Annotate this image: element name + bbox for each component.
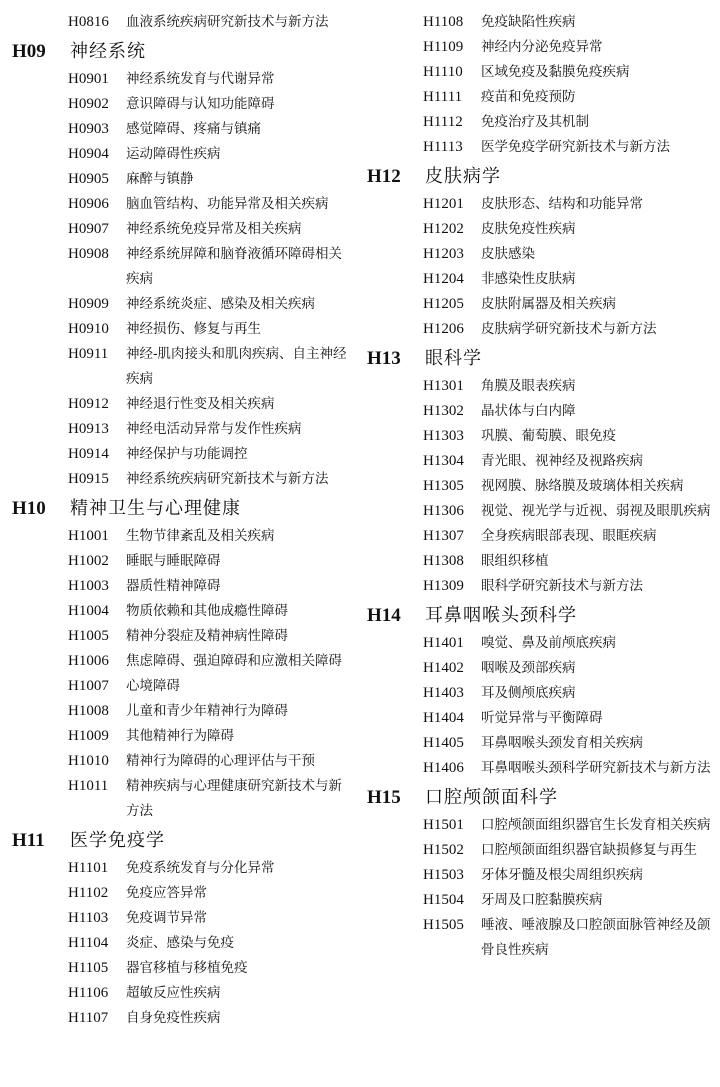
item-text: 皮肤形态、结构和功能异常 bbox=[481, 192, 713, 217]
item-text: 心境障碍 bbox=[126, 674, 354, 699]
item-text: 免疫系统发育与分化异常 bbox=[126, 856, 354, 881]
item-text: 耳鼻咽喉头颈发育相关疾病 bbox=[481, 731, 713, 756]
item-text: 角膜及眼表疾病 bbox=[481, 374, 713, 399]
list-item: H1113医学免疫学研究新技术与新方法 bbox=[356, 135, 720, 160]
item-code: H0907 bbox=[68, 217, 126, 242]
item-text: 器质性精神障碍 bbox=[126, 574, 354, 599]
list-item: H1203皮肤感染 bbox=[356, 242, 720, 267]
item-code: H0816 bbox=[68, 10, 126, 35]
item-code: H0901 bbox=[68, 67, 126, 92]
list-item: H1201皮肤形态、结构和功能异常 bbox=[356, 192, 720, 217]
item-code: H0910 bbox=[68, 317, 126, 342]
item-code: H1108 bbox=[423, 10, 481, 35]
item-code: H1305 bbox=[423, 474, 481, 499]
section-code: H10 bbox=[0, 498, 70, 520]
item-text: 麻醉与镇静 bbox=[126, 167, 354, 192]
list-item: H1112免疫治疗及其机制 bbox=[356, 110, 720, 135]
item-code: H1504 bbox=[423, 888, 481, 913]
list-item: H1307全身疾病眼部表现、眼眶疾病 bbox=[356, 524, 720, 549]
item-code: H1106 bbox=[68, 981, 126, 1006]
list-item: H1406耳鼻咽喉头颈科学研究新技术与新方法 bbox=[356, 756, 720, 781]
item-text: 非感染性皮肤病 bbox=[481, 267, 713, 292]
list-item: H1304青光眼、视神经及视路疾病 bbox=[356, 449, 720, 474]
list-item: H0906脑血管结构、功能异常及相关疾病 bbox=[0, 192, 360, 217]
item-text: 儿童和青少年精神行为障碍 bbox=[126, 699, 354, 724]
list-item: H1008儿童和青少年精神行为障碍 bbox=[0, 699, 360, 724]
list-item: H0912神经退行性变及相关疾病 bbox=[0, 392, 360, 417]
item-code: H0906 bbox=[68, 192, 126, 217]
item-code: H1503 bbox=[423, 863, 481, 888]
item-text: 皮肤免疫性疾病 bbox=[481, 217, 713, 242]
item-text: 耳及侧颅底疾病 bbox=[481, 681, 713, 706]
item-code: H0911 bbox=[68, 342, 126, 392]
item-code: H1405 bbox=[423, 731, 481, 756]
section-code: H15 bbox=[356, 787, 425, 809]
item-text: 眼科学研究新技术与新方法 bbox=[481, 574, 713, 599]
item-text: 脑血管结构、功能异常及相关疾病 bbox=[126, 192, 354, 217]
item-text: 神经-肌肉接头和肌肉疾病、自主神经疾病 bbox=[126, 342, 354, 392]
item-text: 口腔颅颌面组织器官缺损修复与再生 bbox=[481, 838, 713, 863]
list-item: H1103免疫调节异常 bbox=[0, 906, 360, 931]
item-code: H1406 bbox=[423, 756, 481, 781]
item-code: H0903 bbox=[68, 117, 126, 142]
item-text: 口腔颅颌面组织器官生长发育相关疾病 bbox=[481, 813, 713, 838]
list-item: H1402咽喉及颈部疾病 bbox=[356, 656, 720, 681]
item-text: 医学免疫学研究新技术与新方法 bbox=[481, 135, 713, 160]
list-item: H0903感觉障碍、疼痛与镇痛 bbox=[0, 117, 360, 142]
list-item: H1110区域免疫及黏膜免疫疾病 bbox=[356, 60, 720, 85]
list-item: H1308眼组织移植 bbox=[356, 549, 720, 574]
item-code: H1308 bbox=[423, 549, 481, 574]
item-code: H1006 bbox=[68, 649, 126, 674]
list-item: H1403耳及侧颅底疾病 bbox=[356, 681, 720, 706]
item-code: H1402 bbox=[423, 656, 481, 681]
item-code: H1105 bbox=[68, 956, 126, 981]
item-code: H1005 bbox=[68, 624, 126, 649]
item-code: H1101 bbox=[68, 856, 126, 881]
list-item: H1204非感染性皮肤病 bbox=[356, 267, 720, 292]
item-text: 其他精神行为障碍 bbox=[126, 724, 354, 749]
item-text: 视觉、视光学与近视、弱视及眼肌疾病 bbox=[481, 499, 713, 524]
list-item: H1309眼科学研究新技术与新方法 bbox=[356, 574, 720, 599]
item-text: 嗅觉、鼻及前颅底疾病 bbox=[481, 631, 713, 656]
item-text: 巩膜、葡萄膜、眼免疫 bbox=[481, 424, 713, 449]
item-code: H1001 bbox=[68, 524, 126, 549]
item-code: H1011 bbox=[68, 774, 126, 824]
section-title: 医学免疫学 bbox=[70, 826, 165, 852]
item-code: H0914 bbox=[68, 442, 126, 467]
list-item: H1109神经内分泌免疫异常 bbox=[356, 35, 720, 60]
list-item: H1404听觉异常与平衡障碍 bbox=[356, 706, 720, 731]
item-text: 物质依赖和其他成瘾性障碍 bbox=[126, 599, 354, 624]
item-text: 免疫治疗及其机制 bbox=[481, 110, 713, 135]
item-text: 血液系统疾病研究新技术与新方法 bbox=[126, 10, 354, 35]
item-text: 生物节律紊乱及相关疾病 bbox=[126, 524, 354, 549]
item-code: H1002 bbox=[68, 549, 126, 574]
item-code: H1111 bbox=[423, 85, 481, 110]
item-code: H1403 bbox=[423, 681, 481, 706]
section-title: 皮肤病学 bbox=[425, 162, 501, 188]
item-code: H1107 bbox=[68, 1006, 126, 1031]
section-title: 神经系统 bbox=[70, 37, 146, 63]
item-code: H1010 bbox=[68, 749, 126, 774]
item-text: 晶状体与白内障 bbox=[481, 399, 713, 424]
item-code: H1103 bbox=[68, 906, 126, 931]
item-code: H1104 bbox=[68, 931, 126, 956]
list-item: H0907神经系统免疫异常及相关疾病 bbox=[0, 217, 360, 242]
section-code: H14 bbox=[356, 605, 425, 627]
item-code: H1309 bbox=[423, 574, 481, 599]
item-text: 意识障碍与认知功能障碍 bbox=[126, 92, 354, 117]
item-text: 神经内分泌免疫异常 bbox=[481, 35, 713, 60]
list-item: H1101免疫系统发育与分化异常 bbox=[0, 856, 360, 881]
item-code: H1303 bbox=[423, 424, 481, 449]
list-item: H1001生物节律紊乱及相关疾病 bbox=[0, 524, 360, 549]
list-item: H1504牙周及口腔黏膜疾病 bbox=[356, 888, 720, 913]
item-text: 神经系统免疫异常及相关疾病 bbox=[126, 217, 354, 242]
item-code: H0909 bbox=[68, 292, 126, 317]
item-text: 牙体牙髓及根尖周组织疾病 bbox=[481, 863, 713, 888]
item-text: 精神行为障碍的心理评估与干预 bbox=[126, 749, 354, 774]
item-text: 焦虑障碍、强迫障碍和应激相关障碍 bbox=[126, 649, 354, 674]
list-item: H0905麻醉与镇静 bbox=[0, 167, 360, 192]
item-text: 神经损伤、修复与再生 bbox=[126, 317, 354, 342]
list-item: H1011精神疾病与心理健康研究新技术与新方法 bbox=[0, 774, 360, 824]
section-heading: H13眼科学 bbox=[356, 344, 720, 374]
item-code: H1110 bbox=[423, 60, 481, 85]
item-text: 皮肤病学研究新技术与新方法 bbox=[481, 317, 713, 342]
item-code: H1302 bbox=[423, 399, 481, 424]
list-item: H0913神经电活动异常与发作性疾病 bbox=[0, 417, 360, 442]
list-item: H1206皮肤病学研究新技术与新方法 bbox=[356, 317, 720, 342]
item-code: H0912 bbox=[68, 392, 126, 417]
list-item: H0908神经系统屏障和脑脊液循环障碍相关疾病 bbox=[0, 242, 360, 292]
list-item: H1106超敏反应性疾病 bbox=[0, 981, 360, 1006]
item-text: 免疫应答异常 bbox=[126, 881, 354, 906]
item-code: H1301 bbox=[423, 374, 481, 399]
item-code: H1003 bbox=[68, 574, 126, 599]
item-text: 神经保护与功能调控 bbox=[126, 442, 354, 467]
list-item: H1405耳鼻咽喉头颈发育相关疾病 bbox=[356, 731, 720, 756]
item-text: 疫苗和免疫预防 bbox=[481, 85, 713, 110]
section-heading: H12皮肤病学 bbox=[356, 162, 720, 192]
item-text: 神经系统屏障和脑脊液循环障碍相关疾病 bbox=[126, 242, 354, 292]
item-text: 精神分裂症及精神病性障碍 bbox=[126, 624, 354, 649]
item-code: H1401 bbox=[423, 631, 481, 656]
item-code: H1505 bbox=[423, 913, 481, 963]
section-code: H11 bbox=[0, 830, 70, 852]
item-code: H0908 bbox=[68, 242, 126, 292]
list-item: H1003器质性精神障碍 bbox=[0, 574, 360, 599]
item-text: 自身免疫性疾病 bbox=[126, 1006, 354, 1031]
list-item: H1006焦虑障碍、强迫障碍和应激相关障碍 bbox=[0, 649, 360, 674]
item-text: 牙周及口腔黏膜疾病 bbox=[481, 888, 713, 913]
item-code: H0904 bbox=[68, 142, 126, 167]
item-text: 神经退行性变及相关疾病 bbox=[126, 392, 354, 417]
item-text: 神经系统炎症、感染及相关疾病 bbox=[126, 292, 354, 317]
right-column: H1108免疫缺陷性疾病H1109神经内分泌免疫异常H1110区域免疫及黏膜免疫… bbox=[356, 10, 720, 963]
item-code: H1502 bbox=[423, 838, 481, 863]
item-code: H1007 bbox=[68, 674, 126, 699]
item-text: 感觉障碍、疼痛与镇痛 bbox=[126, 117, 354, 142]
item-code: H1205 bbox=[423, 292, 481, 317]
item-code: H1203 bbox=[423, 242, 481, 267]
list-item: H1205皮肤附属器及相关疾病 bbox=[356, 292, 720, 317]
item-text: 眼组织移植 bbox=[481, 549, 713, 574]
list-item: H1111疫苗和免疫预防 bbox=[356, 85, 720, 110]
item-text: 睡眠与睡眠障碍 bbox=[126, 549, 354, 574]
item-code: H1201 bbox=[423, 192, 481, 217]
item-text: 皮肤附属器及相关疾病 bbox=[481, 292, 713, 317]
item-code: H1004 bbox=[68, 599, 126, 624]
list-item: H1401嗅觉、鼻及前颅底疾病 bbox=[356, 631, 720, 656]
list-item: H1005精神分裂症及精神病性障碍 bbox=[0, 624, 360, 649]
list-item: H1105器官移植与移植免疫 bbox=[0, 956, 360, 981]
list-item: H0914神经保护与功能调控 bbox=[0, 442, 360, 467]
item-code: H1306 bbox=[423, 499, 481, 524]
item-code: H0913 bbox=[68, 417, 126, 442]
list-item: H0915神经系统疾病研究新技术与新方法 bbox=[0, 467, 360, 492]
section-heading: H10精神卫生与心理健康 bbox=[0, 494, 360, 524]
section-code: H12 bbox=[356, 166, 425, 188]
list-item: H0910神经损伤、修复与再生 bbox=[0, 317, 360, 342]
list-item: H0816血液系统疾病研究新技术与新方法 bbox=[0, 10, 360, 35]
list-item: H1108免疫缺陷性疾病 bbox=[356, 10, 720, 35]
section-heading: H09神经系统 bbox=[0, 37, 360, 67]
list-item: H0901神经系统发育与代谢异常 bbox=[0, 67, 360, 92]
list-item: H1505唾液、唾液腺及口腔颌面脉管神经及颌骨良性疾病 bbox=[356, 913, 720, 963]
list-item: H0902意识障碍与认知功能障碍 bbox=[0, 92, 360, 117]
item-text: 炎症、感染与免疫 bbox=[126, 931, 354, 956]
item-code: H1009 bbox=[68, 724, 126, 749]
section-title: 口腔颅颌面科学 bbox=[425, 783, 558, 809]
list-item: H1107自身免疫性疾病 bbox=[0, 1006, 360, 1031]
item-code: H1113 bbox=[423, 135, 481, 160]
item-text: 听觉异常与平衡障碍 bbox=[481, 706, 713, 731]
item-text: 耳鼻咽喉头颈科学研究新技术与新方法 bbox=[481, 756, 713, 781]
section-heading: H11医学免疫学 bbox=[0, 826, 360, 856]
item-text: 唾液、唾液腺及口腔颌面脉管神经及颌骨良性疾病 bbox=[481, 913, 713, 963]
section-heading: H15口腔颅颌面科学 bbox=[356, 783, 720, 813]
item-text: 神经系统发育与代谢异常 bbox=[126, 67, 354, 92]
item-code: H1304 bbox=[423, 449, 481, 474]
item-code: H1109 bbox=[423, 35, 481, 60]
section-code: H09 bbox=[0, 41, 70, 63]
item-text: 神经电活动异常与发作性疾病 bbox=[126, 417, 354, 442]
list-item: H0904运动障碍性疾病 bbox=[0, 142, 360, 167]
list-item: H1501口腔颅颌面组织器官生长发育相关疾病 bbox=[356, 813, 720, 838]
list-item: H1306视觉、视光学与近视、弱视及眼肌疾病 bbox=[356, 499, 720, 524]
item-code: H1112 bbox=[423, 110, 481, 135]
item-code: H1202 bbox=[423, 217, 481, 242]
item-text: 运动障碍性疾病 bbox=[126, 142, 354, 167]
list-item: H1102免疫应答异常 bbox=[0, 881, 360, 906]
item-code: H1501 bbox=[423, 813, 481, 838]
list-item: H1009其他精神行为障碍 bbox=[0, 724, 360, 749]
item-text: 皮肤感染 bbox=[481, 242, 713, 267]
list-item: H1502口腔颅颌面组织器官缺损修复与再生 bbox=[356, 838, 720, 863]
item-text: 青光眼、视神经及视路疾病 bbox=[481, 449, 713, 474]
list-item: H1303巩膜、葡萄膜、眼免疫 bbox=[356, 424, 720, 449]
section-title: 眼科学 bbox=[425, 344, 482, 370]
item-text: 神经系统疾病研究新技术与新方法 bbox=[126, 467, 354, 492]
list-item: H1302晶状体与白内障 bbox=[356, 399, 720, 424]
list-item: H1007心境障碍 bbox=[0, 674, 360, 699]
item-text: 免疫缺陷性疾病 bbox=[481, 10, 713, 35]
item-code: H1204 bbox=[423, 267, 481, 292]
section-title: 精神卫生与心理健康 bbox=[70, 494, 241, 520]
item-text: 视网膜、脉络膜及玻璃体相关疾病 bbox=[481, 474, 713, 499]
item-code: H1404 bbox=[423, 706, 481, 731]
list-item: H1002睡眠与睡眠障碍 bbox=[0, 549, 360, 574]
list-item: H1305视网膜、脉络膜及玻璃体相关疾病 bbox=[356, 474, 720, 499]
section-code: H13 bbox=[356, 348, 425, 370]
item-code: H1206 bbox=[423, 317, 481, 342]
item-code: H1008 bbox=[68, 699, 126, 724]
item-code: H1102 bbox=[68, 881, 126, 906]
list-item: H1010精神行为障碍的心理评估与干预 bbox=[0, 749, 360, 774]
item-text: 超敏反应性疾病 bbox=[126, 981, 354, 1006]
item-code: H0905 bbox=[68, 167, 126, 192]
list-item: H1004物质依赖和其他成瘾性障碍 bbox=[0, 599, 360, 624]
item-text: 免疫调节异常 bbox=[126, 906, 354, 931]
list-item: H0911神经-肌肉接头和肌肉疾病、自主神经疾病 bbox=[0, 342, 360, 392]
list-item: H1503牙体牙髓及根尖周组织疾病 bbox=[356, 863, 720, 888]
list-item: H0909神经系统炎症、感染及相关疾病 bbox=[0, 292, 360, 317]
section-heading: H14耳鼻咽喉头颈科学 bbox=[356, 601, 720, 631]
item-text: 咽喉及颈部疾病 bbox=[481, 656, 713, 681]
item-text: 器官移植与移植免疫 bbox=[126, 956, 354, 981]
item-text: 区域免疫及黏膜免疫疾病 bbox=[481, 60, 713, 85]
list-item: H1301角膜及眼表疾病 bbox=[356, 374, 720, 399]
item-code: H0915 bbox=[68, 467, 126, 492]
item-code: H1307 bbox=[423, 524, 481, 549]
item-text: 精神疾病与心理健康研究新技术与新方法 bbox=[126, 774, 354, 824]
item-code: H0902 bbox=[68, 92, 126, 117]
item-text: 全身疾病眼部表现、眼眶疾病 bbox=[481, 524, 713, 549]
section-title: 耳鼻咽喉头颈科学 bbox=[425, 601, 577, 627]
list-item: H1202皮肤免疫性疾病 bbox=[356, 217, 720, 242]
left-column: H0816血液系统疾病研究新技术与新方法H09神经系统H0901神经系统发育与代… bbox=[0, 10, 360, 1031]
list-item: H1104炎症、感染与免疫 bbox=[0, 931, 360, 956]
